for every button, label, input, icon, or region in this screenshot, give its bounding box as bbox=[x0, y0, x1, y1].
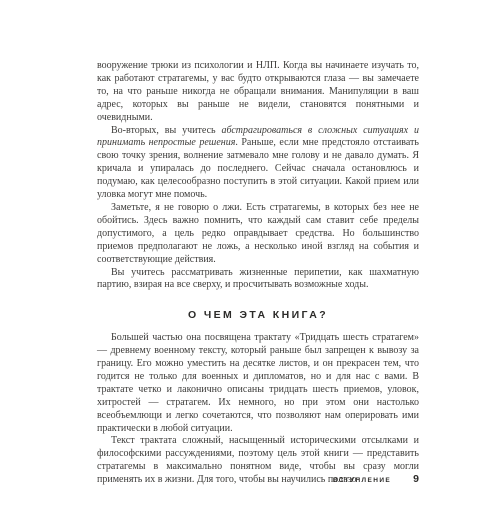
page-number: 9 bbox=[413, 473, 419, 485]
paragraph-continuation: вооружение трюки из психологии и НЛП. Ко… bbox=[97, 60, 419, 125]
paragraph: Большей частью она посвящена трактату «Т… bbox=[97, 332, 419, 435]
paragraph: Вы учитесь рассматривать жизненные перип… bbox=[97, 267, 419, 293]
section-heading: О ЧЕМ ЭТА КНИГА? bbox=[97, 309, 419, 322]
paragraph-text: Заметьте, я не говорю о лжи. Есть страта… bbox=[97, 202, 419, 265]
page-text-block: вооружение трюки из психологии и НЛП. Ко… bbox=[97, 60, 419, 487]
paragraph: Во-вторых, вы учитесь абстрагироваться в… bbox=[97, 125, 419, 202]
paragraph-text: вооружение трюки из психологии и НЛП. Ко… bbox=[97, 60, 419, 123]
paragraph: Заметьте, я не говорю о лжи. Есть страта… bbox=[97, 202, 419, 267]
paragraph-text: Во-вторых, вы учитесь bbox=[111, 125, 221, 136]
footer-section-label: ВСТУПЛЕНИЕ bbox=[333, 477, 391, 484]
book-page: вооружение трюки из психологии и НЛП. Ко… bbox=[0, 0, 500, 532]
page-footer: ВСТУПЛЕНИЕ 9 bbox=[97, 473, 419, 485]
paragraph-text: Вы учитесь рассматривать жизненные перип… bbox=[97, 267, 419, 291]
paragraph-text: Большей частью она посвящена трактату «Т… bbox=[97, 332, 419, 433]
